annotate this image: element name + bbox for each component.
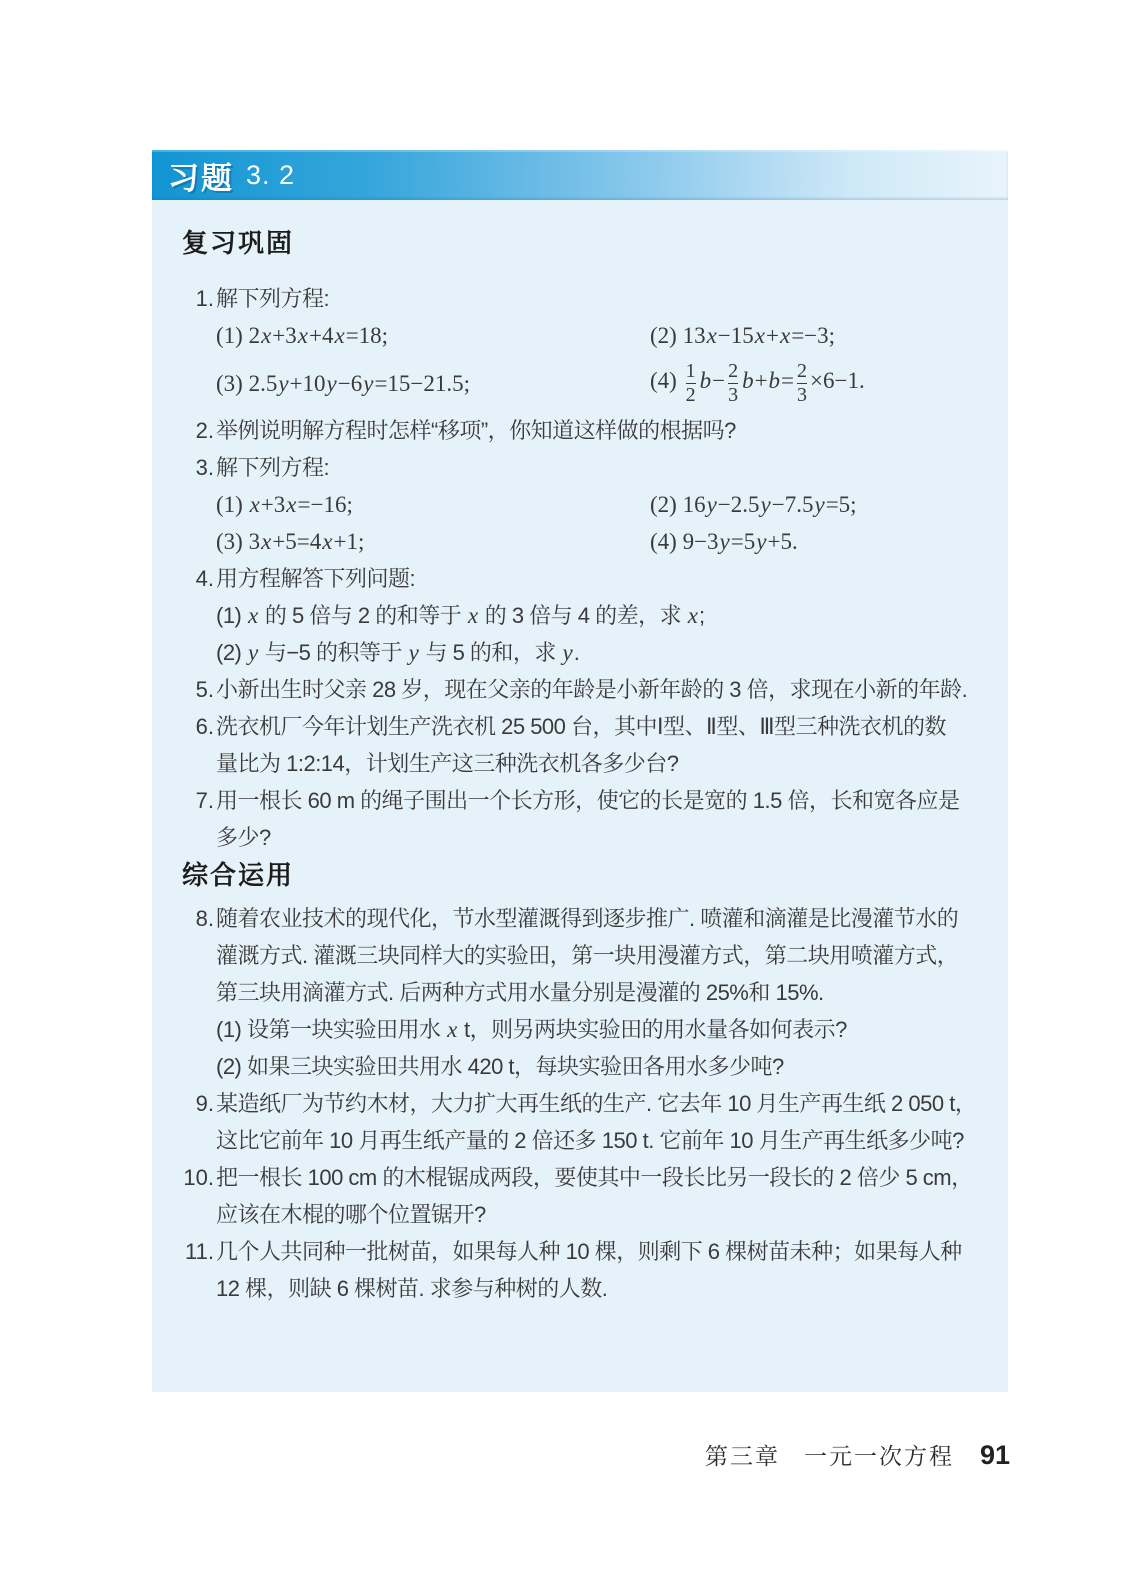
problem-6-text-1: 洗衣机厂今年计划生产洗衣机 25 500 台，其中Ⅰ型、Ⅱ型、Ⅲ型三种洗衣机的数 (216, 714, 946, 739)
apply-problem-list: 8.随着农业技术的现代化，节水型灌溉得到逐步推广. 喷灌和滴灌是比漫灌节水的 灌… (152, 900, 1008, 1307)
problem-9-line-1: 9.某造纸厂为节约木材，大力扩大再生纸的生产. 它去年 10 月生产再生纸 2 … (216, 1085, 1000, 1122)
problem-4: 4.用方程解答下列问题: (1) x 的 5 倍与 2 的和等于 x 的 3 倍… (152, 560, 1008, 671)
problem-11-line-2: 12 棵，则缺 6 棵树苗. 求参与种树的人数. (216, 1270, 1000, 1307)
equation-1-2: (2) 13x−15x+x=−3; (650, 317, 835, 354)
problem-4-number: 4. (180, 560, 214, 597)
exercise-banner-number: 3. 2 (246, 160, 295, 191)
problem-7: 7.用一根长 60 m 的绳子围出一个长方形，使它的长是宽的 1.5 倍，长和宽… (152, 782, 1008, 856)
exercise-content-box: 复习巩固 1.解下列方程: (1) 2x+3x+4x=18; (2) 13x−1… (152, 200, 1008, 1392)
equation-3-1: (1) x+3x=−16; (216, 486, 650, 523)
problem-8-text-1: 随着农业技术的现代化，节水型灌溉得到逐步推广. 喷灌和滴灌是比漫灌节水的 (216, 906, 958, 931)
problem-3-row-b: (3) 3x+5=4x+1; (4) 9−3y=5y+5. (216, 523, 1000, 560)
problem-10-text-1: 把一根长 100 cm 的木棍锯成两段，要使其中一段长比另一段长的 2 倍少 5… (216, 1165, 973, 1190)
problem-10-line-1: 10.把一根长 100 cm 的木棍锯成两段，要使其中一段长比另一段长的 2 倍… (216, 1159, 1000, 1196)
problem-9-text-1: 某造纸厂为节约木材，大力扩大再生纸的生产. 它去年 10 月生产再生纸 2 05… (216, 1091, 976, 1116)
equation-3-4: (4) 9−3y=5y+5. (650, 523, 798, 560)
problem-1-text: 解下列方程: (216, 286, 329, 311)
problem-4-text: 用方程解答下列问题: (216, 566, 415, 591)
problem-9-number: 9. (180, 1085, 214, 1122)
problem-8-item-1: (1) 设第一块实验田用水 x t，则另两块实验田的用水量各如何表示? (216, 1011, 1000, 1048)
problem-2-header: 2.举例说明解方程时怎样“移项”，你知道这样做的根据吗? (216, 412, 1000, 449)
problem-2: 2.举例说明解方程时怎样“移项”，你知道这样做的根据吗? (152, 412, 1008, 449)
problem-1-number: 1. (180, 280, 214, 317)
problem-1-header: 1.解下列方程: (216, 280, 1000, 317)
problem-7-line-2: 多少? (216, 819, 1000, 856)
equation-3-2: (2) 16y−2.5y−7.5y=5; (650, 486, 857, 523)
problem-8-line-2: 灌溉方式. 灌溉三块同样大的实验田，第一块用漫灌方式，第二块用喷灌方式， (216, 937, 1000, 974)
footer-page-number: 91 (980, 1440, 1010, 1471)
equation-1-4: (4) 12b−23b+b=23×6−1. (650, 361, 865, 405)
equation-1-3: (3) 2.5y+10y−6y=15−21.5; (216, 365, 650, 402)
problem-11-line-1: 11.几个人共同种一批树苗，如果每人种 10 棵，则剩下 6 棵树苗未种；如果每… (216, 1233, 1000, 1270)
problem-11: 11.几个人共同种一批树苗，如果每人种 10 棵，则剩下 6 棵树苗未种；如果每… (152, 1233, 1008, 1307)
problem-1: 1.解下列方程: (1) 2x+3x+4x=18; (2) 13x−15x+x=… (152, 280, 1008, 412)
problem-11-number: 11. (180, 1233, 214, 1270)
problem-7-number: 7. (180, 782, 214, 819)
problem-8-line-1: 8.随着农业技术的现代化，节水型灌溉得到逐步推广. 喷灌和滴灌是比漫灌节水的 (216, 900, 1000, 937)
problem-7-text-1: 用一根长 60 m 的绳子围出一个长方形，使它的长是宽的 1.5 倍，长和宽各应… (216, 788, 959, 813)
problem-2-number: 2. (180, 412, 214, 449)
problem-4-item-2: (2) y 与−5 的积等于 y 与 5 的和，求 y. (216, 634, 1000, 671)
review-problem-list: 1.解下列方程: (1) 2x+3x+4x=18; (2) 13x−15x+x=… (152, 280, 1008, 856)
problem-2-text: 举例说明解方程时怎样“移项”，你知道这样做的根据吗? (216, 418, 736, 443)
problem-10: 10.把一根长 100 cm 的木棍锯成两段，要使其中一段长比另一段长的 2 倍… (152, 1159, 1008, 1233)
problem-3-row-a: (1) x+3x=−16; (2) 16y−2.5y−7.5y=5; (216, 486, 1000, 523)
problem-11-text-1: 几个人共同种一批树苗，如果每人种 10 棵，则剩下 6 棵树苗未种；如果每人种 (216, 1239, 962, 1264)
problem-9: 9.某造纸厂为节约木材，大力扩大再生纸的生产. 它去年 10 月生产再生纸 2 … (152, 1085, 1008, 1159)
problem-5: 5.小新出生时父亲 28 岁，现在父亲的年龄是小新年龄的 3 倍，求现在小新的年… (152, 671, 1008, 708)
page-footer: 第三章 一元一次方程 91 (705, 1438, 1010, 1471)
problem-3-header: 3.解下列方程: (216, 449, 1000, 486)
problem-6-line-2: 量比为 1:2:14，计划生产这三种洗衣机各多少台? (216, 745, 1000, 782)
problem-3-text: 解下列方程: (216, 455, 329, 480)
exercise-banner-label: 习题 (168, 153, 234, 198)
problem-10-line-2: 应该在木棍的哪个位置锯开? (216, 1196, 1000, 1233)
problem-8-line-3: 第三块用滴灌方式. 后两种方式用水量分别是漫灌的 25%和 15%. (216, 974, 1000, 1011)
problem-8-item-2: (2) 如果三块实验田共用水 420 t，每块实验田各用水多少吨? (216, 1048, 1000, 1085)
problem-5-header: 5.小新出生时父亲 28 岁，现在父亲的年龄是小新年龄的 3 倍，求现在小新的年… (216, 671, 1000, 708)
problem-10-number: 10. (180, 1159, 214, 1196)
equation-1-1: (1) 2x+3x+4x=18; (216, 317, 650, 354)
textbook-page: 习题 3. 2 复习巩固 1.解下列方程: (1) 2x+3x+4x=18; (… (0, 0, 1125, 1575)
equation-3-3: (3) 3x+5=4x+1; (216, 523, 650, 560)
problem-5-text: 小新出生时父亲 28 岁，现在父亲的年龄是小新年龄的 3 倍，求现在小新的年龄. (216, 677, 967, 702)
problem-8: 8.随着农业技术的现代化，节水型灌溉得到逐步推广. 喷灌和滴灌是比漫灌节水的 灌… (152, 900, 1008, 1085)
problem-5-number: 5. (180, 671, 214, 708)
problem-9-line-2: 这比它前年 10 月再生纸产量的 2 倍还多 150 t. 它前年 10 月生产… (216, 1122, 1000, 1159)
section-title-apply: 综合运用 (182, 858, 1008, 892)
problem-6-number: 6. (180, 708, 214, 745)
problem-8-number: 8. (180, 900, 214, 937)
section-title-review: 复习巩固 (182, 226, 1008, 260)
problem-3-number: 3. (180, 449, 214, 486)
problem-6-line-1: 6.洗衣机厂今年计划生产洗衣机 25 500 台，其中Ⅰ型、Ⅱ型、Ⅲ型三种洗衣机… (216, 708, 1000, 745)
exercise-banner: 习题 3. 2 (152, 150, 1008, 200)
problem-4-item-1: (1) x 的 5 倍与 2 的和等于 x 的 3 倍与 4 的差，求 x; (216, 597, 1000, 634)
problem-3: 3.解下列方程: (1) x+3x=−16; (2) 16y−2.5y−7.5y… (152, 449, 1008, 560)
footer-chapter: 第三章 (705, 1438, 780, 1471)
problem-6: 6.洗衣机厂今年计划生产洗衣机 25 500 台，其中Ⅰ型、Ⅱ型、Ⅲ型三种洗衣机… (152, 708, 1008, 782)
problem-4-header: 4.用方程解答下列问题: (216, 560, 1000, 597)
problem-7-line-1: 7.用一根长 60 m 的绳子围出一个长方形，使它的长是宽的 1.5 倍，长和宽… (216, 782, 1000, 819)
problem-1-row-b: (3) 2.5y+10y−6y=15−21.5; (4) 12b−23b+b=2… (216, 354, 1000, 412)
footer-book-title: 一元一次方程 (804, 1438, 954, 1471)
problem-1-row-a: (1) 2x+3x+4x=18; (2) 13x−15x+x=−3; (216, 317, 1000, 354)
